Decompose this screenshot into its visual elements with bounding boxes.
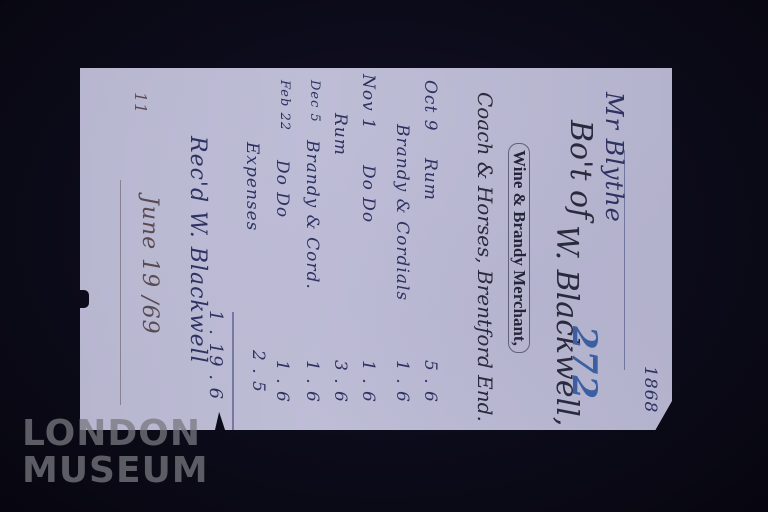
- museum-watermark-line2: MUSEUM: [22, 453, 209, 489]
- entry-description: Brandy & Cordials: [392, 124, 412, 301]
- merchant-address: Coach & Horses, Brentford End.: [473, 92, 497, 422]
- merchant-trade: Wine & Brandy Merchant,: [508, 143, 530, 353]
- entry-description: Expenses: [242, 142, 262, 231]
- entry-date: Feb 22: [277, 80, 292, 131]
- entry-description: Rum: [330, 113, 350, 156]
- entry-amount: 1 . 6: [272, 360, 292, 403]
- entry-description: Do Do: [358, 165, 378, 223]
- entry-amount: 1 . 6: [302, 360, 322, 403]
- museum-watermark-line1: LONDON: [22, 416, 201, 452]
- margin-mark: 11: [131, 92, 150, 114]
- entry-amount: 3 . 6: [330, 360, 350, 403]
- entry-description: Brandy & Cord.: [302, 140, 322, 290]
- reference-number: 272: [564, 326, 604, 400]
- photo-stage: Mr Blythe 1868 Bo't of W. Blackwell, Win…: [0, 0, 768, 512]
- ruled-line-receipt: [120, 180, 121, 405]
- entry-description: Rum: [420, 158, 440, 201]
- entry-date: Dec 5: [307, 80, 322, 123]
- entry-amount: 1 . 6: [392, 360, 412, 403]
- entry-amount: 2 . 5: [248, 350, 268, 393]
- recipient-line: Mr Blythe: [600, 92, 628, 223]
- entry-amount: 5 . 6: [420, 360, 440, 403]
- paper-notch: [80, 290, 89, 308]
- entry-date: Nov 1: [358, 74, 378, 130]
- entry-description: Do Do: [272, 160, 292, 218]
- merchant-prefix: Bo't of: [563, 120, 598, 219]
- receipt-signature: Rec'd W. Blackwell: [185, 136, 210, 364]
- billhead-year: 1868: [640, 366, 660, 413]
- entry-amount: 1 . 6: [358, 360, 378, 403]
- entry-date: Oct 9: [420, 80, 440, 132]
- receipt-date: June 19 /69: [137, 196, 162, 335]
- ruled-line-total: [232, 312, 234, 430]
